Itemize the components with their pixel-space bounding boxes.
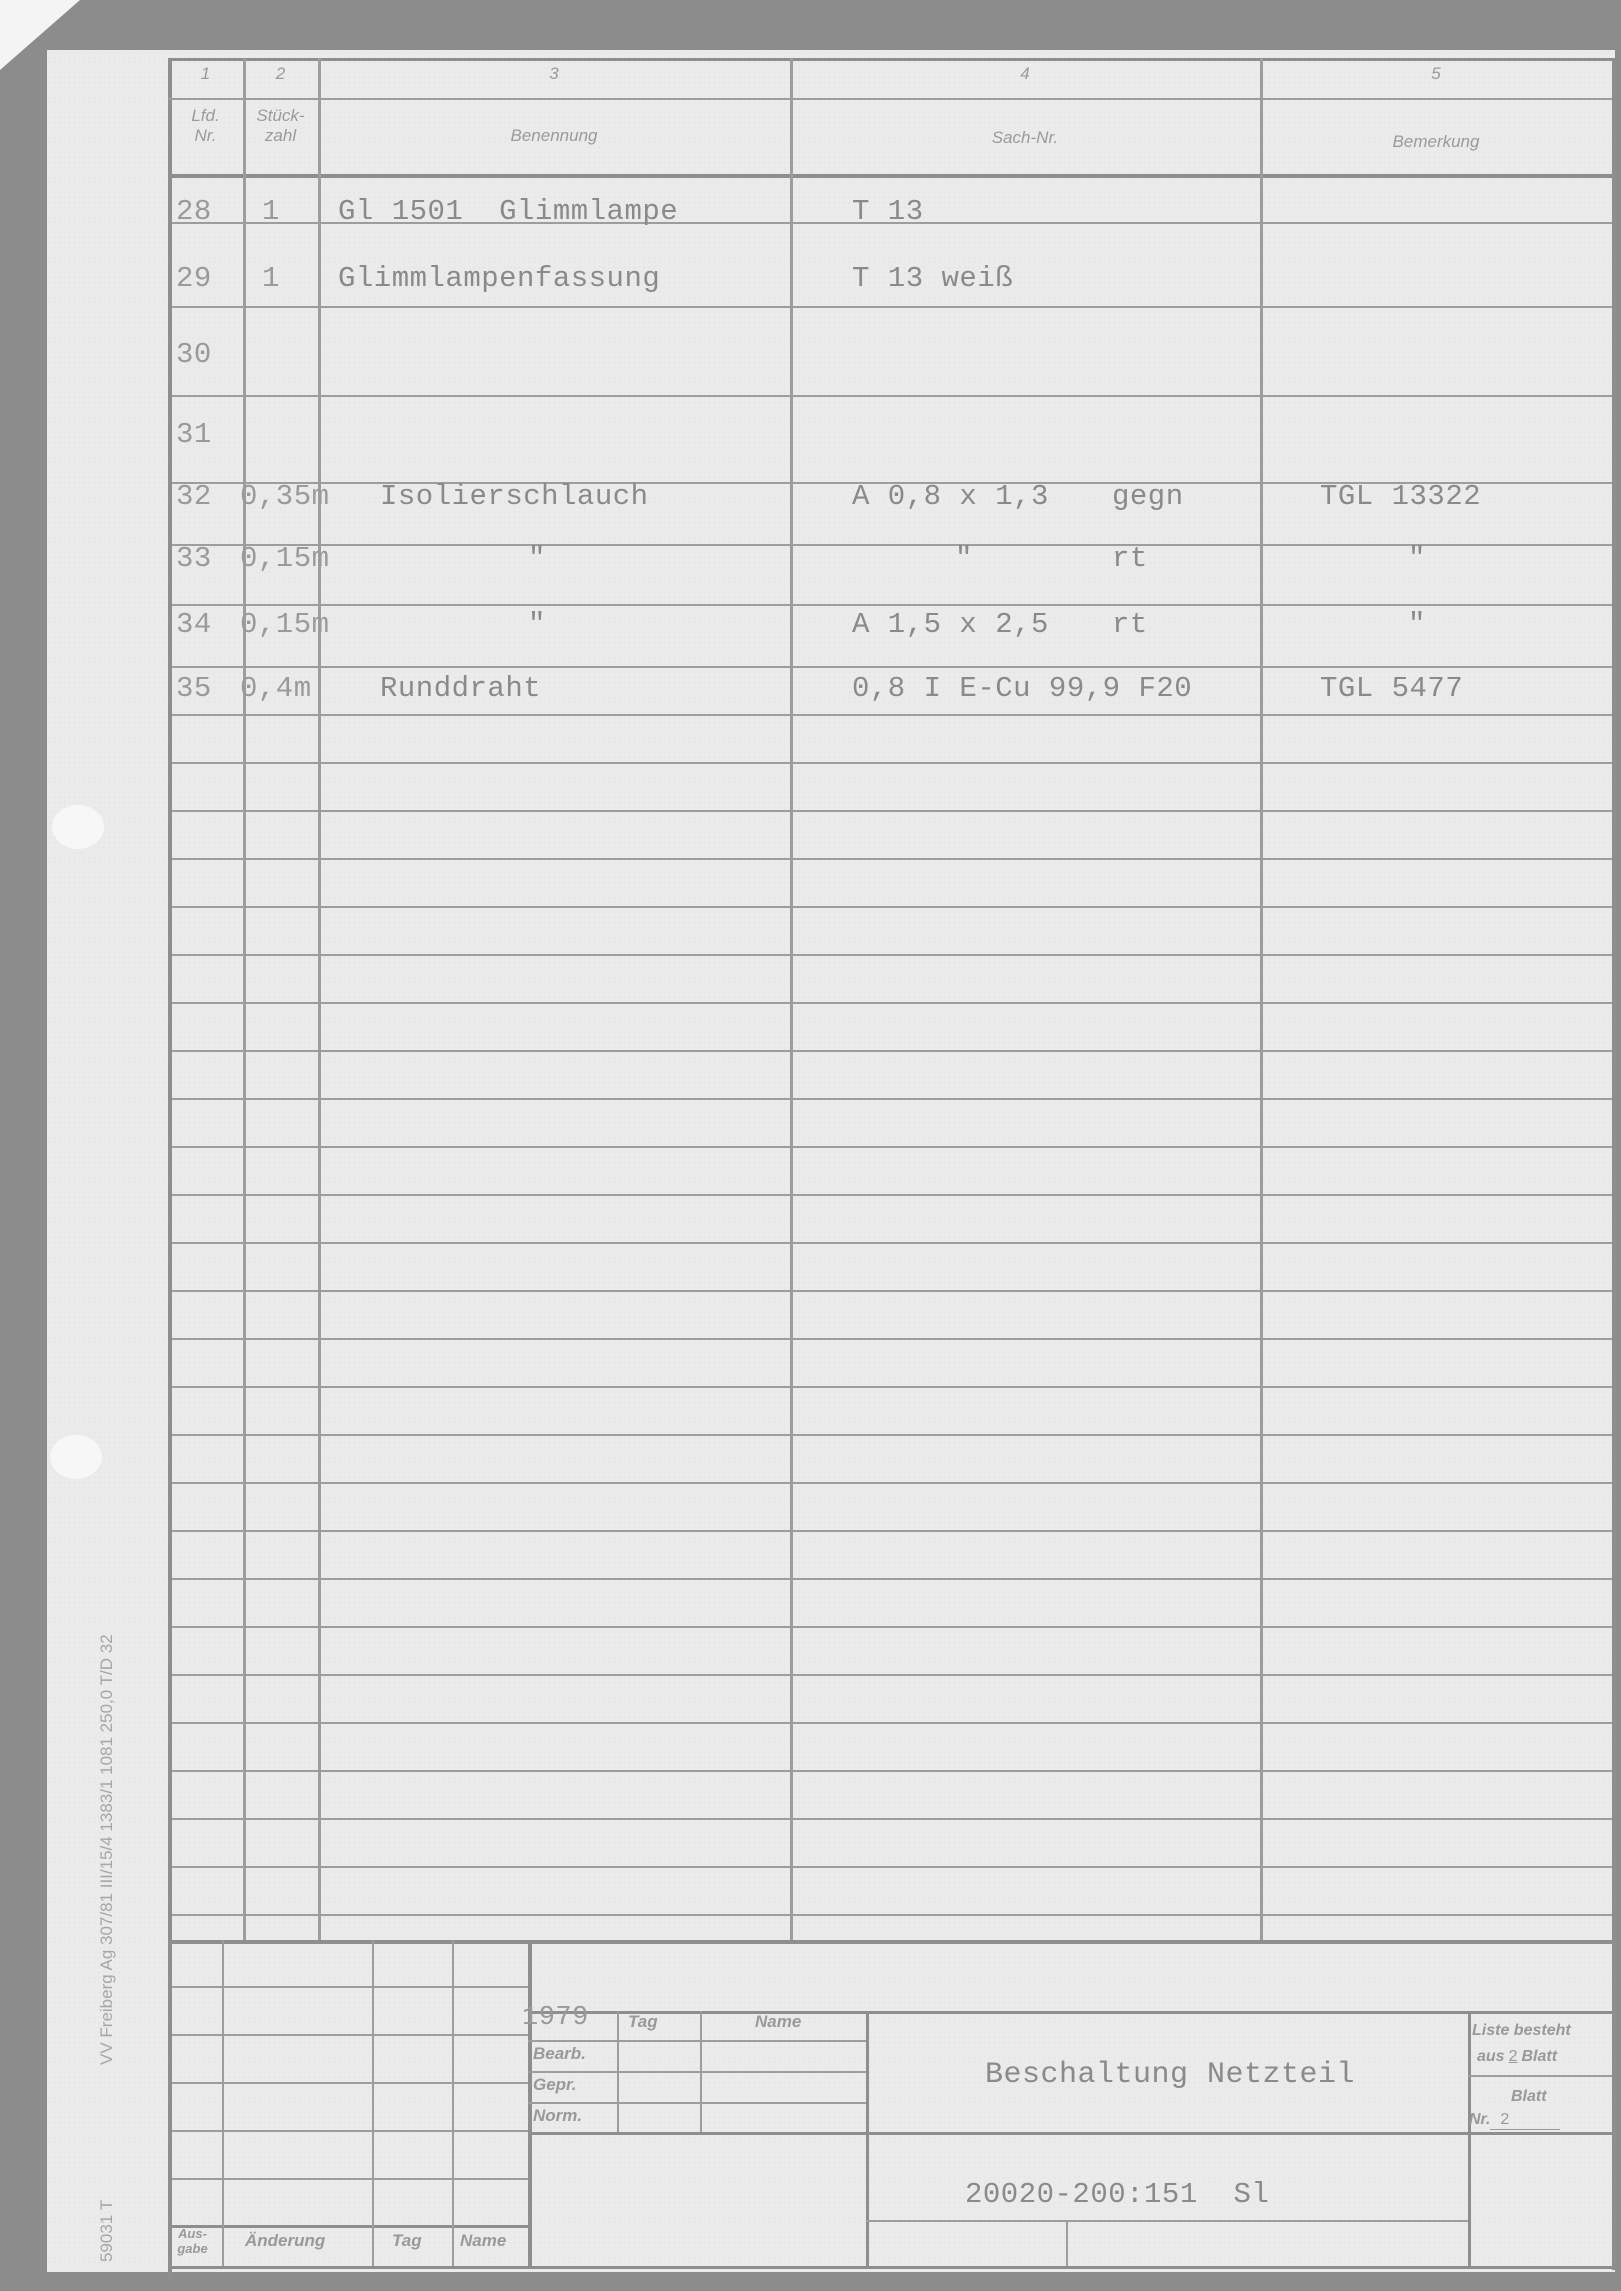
grid-line <box>172 810 1612 812</box>
row-name: " <box>528 542 546 575</box>
row-number: 30 <box>176 338 212 371</box>
grid-line <box>452 2225 454 2266</box>
approval-name-label: Name <box>755 2012 801 2032</box>
revision-tag-label: Tag <box>392 2231 422 2251</box>
approval-row-norm: Norm. <box>533 2106 582 2126</box>
row-name: Isolierschlauch <box>380 480 649 513</box>
grid-line <box>790 58 793 1940</box>
header-label: Lfd. <box>168 106 243 126</box>
grid-line <box>172 1146 1612 1148</box>
list-consists-label: Liste besteht <box>1472 2022 1571 2040</box>
grid-line <box>172 604 1612 606</box>
sheet-number: Nr.2 <box>1469 2111 1560 2130</box>
col-2-number: 2 <box>243 64 318 84</box>
row-quantity: 0,15m <box>240 542 330 575</box>
document-title: Beschaltung Netzteil <box>985 2058 1355 2092</box>
col-3-number: 3 <box>318 64 790 84</box>
col-4-number: 4 <box>790 64 1260 84</box>
form-number: 59031 T <box>97 2200 117 2262</box>
label-line: Aus- <box>170 2226 215 2241</box>
col-5-number: 5 <box>1260 64 1612 84</box>
row-quantity: 1 <box>262 262 280 295</box>
grid-line <box>172 1818 1612 1820</box>
grid-line <box>172 666 1612 668</box>
row-number: 29 <box>176 262 212 295</box>
grid-line <box>168 58 172 2280</box>
revision-aenderung-label: Änderung <box>245 2231 325 2251</box>
grid-line <box>528 2011 1612 2014</box>
row-sach-nr: T 13 weiß <box>852 262 1013 295</box>
grid-line <box>866 2011 869 2266</box>
grid-line <box>172 1986 528 1988</box>
col-1-number: 1 <box>168 64 243 84</box>
row-name: Runddraht <box>380 672 541 705</box>
label-line: gabe <box>170 2241 215 2256</box>
row-sach-suffix: gegn <box>1112 480 1184 513</box>
approval-year: 1979 <box>522 2003 589 2033</box>
blatt-label: Blatt <box>1521 2048 1557 2065</box>
grid-line <box>168 98 1612 100</box>
grid-line <box>168 1940 1612 1944</box>
approval-tag-label: Tag <box>628 2012 658 2032</box>
header-stueckzahl: Stück- zahl <box>243 106 318 146</box>
grid-line <box>172 1914 1612 1916</box>
aus-label: aus <box>1477 2048 1505 2065</box>
approval-row-bearb: Bearb. <box>533 2044 586 2064</box>
grid-line <box>528 2132 1612 2135</box>
grid-line <box>172 1098 1612 1100</box>
row-remark: TGL 13322 <box>1320 480 1481 513</box>
grid-line <box>318 58 321 1940</box>
grid-line <box>172 2178 528 2180</box>
grid-line <box>452 1940 454 2228</box>
row-sach-suffix: rt <box>1112 542 1148 575</box>
grid-line <box>243 58 246 1940</box>
sheet-label: Blatt <box>1511 2088 1547 2106</box>
grid-line <box>172 1482 1612 1484</box>
sheet-total: aus2Blatt <box>1477 2048 1557 2066</box>
row-sach-nr: " <box>955 542 973 575</box>
row-remark: TGL 5477 <box>1320 672 1463 705</box>
header-label: Stück- <box>243 106 318 126</box>
header-sach-nr: Sach-Nr. <box>790 128 1260 148</box>
row-sach-nr: A 1,5 x 2,5 <box>852 608 1049 641</box>
header-bemerkung: Bemerkung <box>1260 132 1612 152</box>
grid-line <box>172 954 1612 956</box>
row-number: 28 <box>176 195 212 228</box>
grid-line <box>172 1866 1612 1868</box>
grid-line <box>172 544 1612 546</box>
row-number: 33 <box>176 542 212 575</box>
punch-hole <box>50 1435 102 1479</box>
revision-name-label: Name <box>460 2231 506 2251</box>
grid-line <box>528 2102 868 2104</box>
grid-line <box>172 1626 1612 1628</box>
grid-line <box>172 762 1612 764</box>
grid-line <box>1468 2075 1612 2077</box>
grid-line <box>1260 58 1263 1940</box>
grid-line <box>700 2011 702 2132</box>
row-name: " <box>528 608 546 641</box>
grid-line <box>1612 58 1616 2270</box>
grid-line <box>172 1002 1612 1004</box>
grid-line <box>172 2082 528 2084</box>
grid-line <box>172 1338 1612 1340</box>
row-sach-nr: T 13 <box>852 195 924 228</box>
grid-line <box>172 1530 1612 1532</box>
header-lfd-nr: Lfd. Nr. <box>168 106 243 146</box>
grid-line <box>528 2040 868 2042</box>
grid-line <box>172 1050 1612 1052</box>
grid-line <box>168 2266 1612 2269</box>
row-number: 32 <box>176 480 212 513</box>
grid-line <box>617 2011 619 2132</box>
row-quantity: 0,15m <box>240 608 330 641</box>
header-benennung: Benennung <box>318 126 790 146</box>
row-sach-suffix: rt <box>1112 608 1148 641</box>
grid-line <box>172 1722 1612 1724</box>
punch-hole <box>52 805 104 849</box>
row-quantity: 0,35m <box>240 480 330 513</box>
row-sach-nr: A 0,8 x 1,3 <box>852 480 1049 513</box>
nr-label: Nr. <box>1469 2111 1490 2128</box>
grid-line <box>168 58 1612 61</box>
grid-line <box>172 1290 1612 1292</box>
approval-row-gepr: Gepr. <box>533 2075 576 2095</box>
grid-line <box>172 714 1612 716</box>
row-number: 31 <box>176 418 212 451</box>
row-remark: " <box>1408 608 1426 641</box>
grid-line <box>172 395 1612 397</box>
grid-line <box>172 1770 1612 1772</box>
sheet-total-value: 2 <box>1505 2048 1522 2065</box>
grid-line <box>528 2071 868 2073</box>
revision-ausgabe-label: Aus- gabe <box>170 2226 215 2256</box>
row-sach-nr: 0,8 I E-Cu 99,9 F20 <box>852 672 1192 705</box>
row-quantity: 0,4m <box>240 672 312 705</box>
parts-list-sheet <box>47 50 1615 2272</box>
grid-line <box>1468 2011 1471 2266</box>
grid-line <box>168 174 1612 178</box>
row-number: 35 <box>176 672 212 705</box>
grid-line <box>172 858 1612 860</box>
row-remark: " <box>1408 542 1426 575</box>
header-label: zahl <box>243 126 318 146</box>
grid-line <box>1066 2220 1068 2266</box>
grid-line <box>222 1940 224 2228</box>
grid-line <box>172 1578 1612 1580</box>
grid-line <box>172 2034 528 2036</box>
grid-line <box>172 1386 1612 1388</box>
grid-line <box>172 1674 1612 1676</box>
grid-line <box>172 1242 1612 1244</box>
grid-line <box>172 906 1612 908</box>
grid-line <box>172 2130 528 2132</box>
sheet-number-value: 2 <box>1490 2111 1560 2130</box>
row-number: 34 <box>176 608 212 641</box>
header-label: Nr. <box>168 126 243 146</box>
grid-line <box>172 1194 1612 1196</box>
drawing-number: 20020-200:151 Sl <box>965 2178 1269 2211</box>
grid-line <box>172 306 1612 308</box>
row-quantity: 1 <box>262 195 280 228</box>
grid-line <box>222 2225 224 2266</box>
row-name: Glimmlampenfassung <box>338 262 660 295</box>
grid-line <box>866 2220 1468 2222</box>
row-name: Gl 1501 Glimmlampe <box>338 195 678 228</box>
grid-line <box>172 1434 1612 1436</box>
printer-imprint: VV Freiberg Ag 307/81 III/15/4 1383/1 10… <box>97 1634 117 2065</box>
grid-line <box>372 2225 374 2266</box>
grid-line <box>372 1940 374 2228</box>
